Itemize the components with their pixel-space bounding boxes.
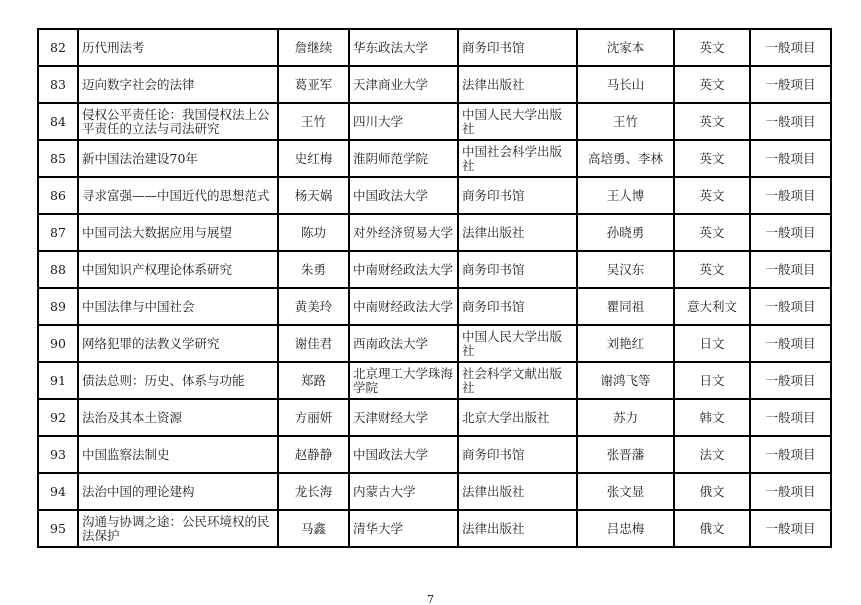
cell-title: 中国法律与中国社会 bbox=[78, 288, 278, 325]
cell-author: 赵静静 bbox=[278, 436, 349, 473]
cell-author: 史红梅 bbox=[278, 140, 349, 177]
cell-no: 92 bbox=[38, 399, 78, 436]
cell-publisher: 商务印书馆 bbox=[458, 288, 577, 325]
cell-author: 杨天娲 bbox=[278, 177, 349, 214]
cell-translator: 马长山 bbox=[577, 66, 674, 103]
cell-language: 日文 bbox=[674, 325, 750, 362]
cell-no: 84 bbox=[38, 103, 78, 140]
cell-publisher: 北京大学出版社 bbox=[458, 399, 577, 436]
cell-publisher: 法律出版社 bbox=[458, 214, 577, 251]
cell-affiliation: 内蒙古大学 bbox=[349, 473, 458, 510]
page-number: 7 bbox=[0, 594, 861, 605]
cell-title: 新中国法治建设70年 bbox=[78, 140, 278, 177]
cell-translator: 沈家本 bbox=[577, 29, 674, 66]
table-row: 85 新中国法治建设70年 史红梅 淮阴师范学院 中国社会科学出版社 高培勇、李… bbox=[38, 140, 831, 177]
cell-translator: 吕忠梅 bbox=[577, 510, 674, 547]
table-row: 82 历代刑法考 詹继续 华东政法大学 商务印书馆 沈家本 英文 一般项目 bbox=[38, 29, 831, 66]
cell-no: 83 bbox=[38, 66, 78, 103]
cell-no: 90 bbox=[38, 325, 78, 362]
cell-affiliation: 清华大学 bbox=[349, 510, 458, 547]
table-row: 86 寻求富强——中国近代的思想范式 杨天娲 中国政法大学 商务印书馆 王人博 … bbox=[38, 177, 831, 214]
cell-language: 英文 bbox=[674, 103, 750, 140]
cell-translator: 王竹 bbox=[577, 103, 674, 140]
cell-affiliation: 北京理工大学珠海学院 bbox=[349, 362, 458, 399]
cell-category: 一般项目 bbox=[750, 325, 831, 362]
cell-title: 迈向数字社会的法律 bbox=[78, 66, 278, 103]
cell-category: 一般项目 bbox=[750, 362, 831, 399]
table-row: 95 沟通与协调之途：公民环境权的民法保护 马鑫 清华大学 法律出版社 吕忠梅 … bbox=[38, 510, 831, 547]
cell-no: 86 bbox=[38, 177, 78, 214]
cell-publisher: 社会科学文献出版社 bbox=[458, 362, 577, 399]
cell-no: 91 bbox=[38, 362, 78, 399]
cell-publisher: 法律出版社 bbox=[458, 510, 577, 547]
cell-publisher: 商务印书馆 bbox=[458, 251, 577, 288]
document-page: 82 历代刑法考 詹继续 华东政法大学 商务印书馆 沈家本 英文 一般项目 83… bbox=[0, 0, 861, 605]
cell-translator: 吴汉东 bbox=[577, 251, 674, 288]
cell-category: 一般项目 bbox=[750, 510, 831, 547]
cell-translator: 苏力 bbox=[577, 399, 674, 436]
cell-no: 82 bbox=[38, 29, 78, 66]
cell-no: 94 bbox=[38, 473, 78, 510]
cell-no: 85 bbox=[38, 140, 78, 177]
cell-affiliation: 四川大学 bbox=[349, 103, 458, 140]
cell-affiliation: 西南政法大学 bbox=[349, 325, 458, 362]
cell-title: 债法总则：历史、体系与功能 bbox=[78, 362, 278, 399]
table-row: 91 债法总则：历史、体系与功能 郑路 北京理工大学珠海学院 社会科学文献出版社… bbox=[38, 362, 831, 399]
cell-category: 一般项目 bbox=[750, 288, 831, 325]
cell-language: 韩文 bbox=[674, 399, 750, 436]
cell-title: 中国监察法制史 bbox=[78, 436, 278, 473]
cell-affiliation: 中国政法大学 bbox=[349, 436, 458, 473]
cell-no: 95 bbox=[38, 510, 78, 547]
table-row: 92 法治及其本土资源 方丽妍 天津财经大学 北京大学出版社 苏力 韩文 一般项… bbox=[38, 399, 831, 436]
cell-title: 中国知识产权理论体系研究 bbox=[78, 251, 278, 288]
cell-category: 一般项目 bbox=[750, 436, 831, 473]
table-row: 93 中国监察法制史 赵静静 中国政法大学 商务印书馆 张晋藩 法文 一般项目 bbox=[38, 436, 831, 473]
cell-translator: 王人博 bbox=[577, 177, 674, 214]
cell-publisher: 商务印书馆 bbox=[458, 177, 577, 214]
cell-author: 王竹 bbox=[278, 103, 349, 140]
cell-title: 中国司法大数据应用与展望 bbox=[78, 214, 278, 251]
cell-affiliation: 中南财经政法大学 bbox=[349, 288, 458, 325]
cell-language: 英文 bbox=[674, 251, 750, 288]
cell-publisher: 中国人民大学出版社 bbox=[458, 103, 577, 140]
cell-publisher: 法律出版社 bbox=[458, 66, 577, 103]
cell-translator: 孙晓勇 bbox=[577, 214, 674, 251]
table-row: 89 中国法律与中国社会 黄美玲 中南财经政法大学 商务印书馆 瞿同祖 意大利文… bbox=[38, 288, 831, 325]
cell-category: 一般项目 bbox=[750, 473, 831, 510]
cell-author: 马鑫 bbox=[278, 510, 349, 547]
cell-affiliation: 中国政法大学 bbox=[349, 177, 458, 214]
cell-no: 88 bbox=[38, 251, 78, 288]
cell-translator: 谢鸿飞等 bbox=[577, 362, 674, 399]
cell-category: 一般项目 bbox=[750, 177, 831, 214]
cell-author: 龙长海 bbox=[278, 473, 349, 510]
cell-publisher: 法律出版社 bbox=[458, 473, 577, 510]
cell-language: 日文 bbox=[674, 362, 750, 399]
table-row: 83 迈向数字社会的法律 葛亚军 天津商业大学 法律出版社 马长山 英文 一般项… bbox=[38, 66, 831, 103]
cell-title: 历代刑法考 bbox=[78, 29, 278, 66]
cell-no: 87 bbox=[38, 214, 78, 251]
cell-no: 89 bbox=[38, 288, 78, 325]
table-row: 88 中国知识产权理论体系研究 朱勇 中南财经政法大学 商务印书馆 吴汉东 英文… bbox=[38, 251, 831, 288]
cell-publisher: 中国社会科学出版社 bbox=[458, 140, 577, 177]
cell-affiliation: 华东政法大学 bbox=[349, 29, 458, 66]
cell-translator: 刘艳红 bbox=[577, 325, 674, 362]
cell-category: 一般项目 bbox=[750, 140, 831, 177]
cell-title: 法治及其本土资源 bbox=[78, 399, 278, 436]
cell-author: 葛亚军 bbox=[278, 66, 349, 103]
cell-author: 陈功 bbox=[278, 214, 349, 251]
cell-author: 黄美玲 bbox=[278, 288, 349, 325]
cell-affiliation: 天津商业大学 bbox=[349, 66, 458, 103]
cell-language: 英文 bbox=[674, 214, 750, 251]
cell-language: 英文 bbox=[674, 29, 750, 66]
cell-translator: 张晋藩 bbox=[577, 436, 674, 473]
cell-language: 俄文 bbox=[674, 510, 750, 547]
cell-author: 谢佳君 bbox=[278, 325, 349, 362]
cell-category: 一般项目 bbox=[750, 103, 831, 140]
cell-translator: 张文显 bbox=[577, 473, 674, 510]
cell-language: 法文 bbox=[674, 436, 750, 473]
cell-language: 英文 bbox=[674, 140, 750, 177]
cell-language: 英文 bbox=[674, 177, 750, 214]
cell-affiliation: 淮阴师范学院 bbox=[349, 140, 458, 177]
cell-category: 一般项目 bbox=[750, 399, 831, 436]
cell-title: 沟通与协调之途：公民环境权的民法保护 bbox=[78, 510, 278, 547]
cell-publisher: 中国人民大学出版社 bbox=[458, 325, 577, 362]
cell-author: 詹继续 bbox=[278, 29, 349, 66]
cell-category: 一般项目 bbox=[750, 66, 831, 103]
cell-category: 一般项目 bbox=[750, 29, 831, 66]
cell-language: 英文 bbox=[674, 66, 750, 103]
cell-title: 寻求富强——中国近代的思想范式 bbox=[78, 177, 278, 214]
cell-category: 一般项目 bbox=[750, 214, 831, 251]
cell-publisher: 商务印书馆 bbox=[458, 29, 577, 66]
cell-language: 意大利文 bbox=[674, 288, 750, 325]
cell-affiliation: 天津财经大学 bbox=[349, 399, 458, 436]
cell-affiliation: 中南财经政法大学 bbox=[349, 251, 458, 288]
cell-translator: 高培勇、李林 bbox=[577, 140, 674, 177]
cell-title: 侵权公平责任论：我国侵权法上公平责任的立法与司法研究 bbox=[78, 103, 278, 140]
cell-publisher: 商务印书馆 bbox=[458, 436, 577, 473]
cell-title: 法治中国的理论建构 bbox=[78, 473, 278, 510]
cell-author: 朱勇 bbox=[278, 251, 349, 288]
table-row: 94 法治中国的理论建构 龙长海 内蒙古大学 法律出版社 张文显 俄文 一般项目 bbox=[38, 473, 831, 510]
cell-author: 方丽妍 bbox=[278, 399, 349, 436]
cell-category: 一般项目 bbox=[750, 251, 831, 288]
cell-language: 俄文 bbox=[674, 473, 750, 510]
project-table: 82 历代刑法考 詹继续 华东政法大学 商务印书馆 沈家本 英文 一般项目 83… bbox=[37, 28, 832, 548]
cell-author: 郑路 bbox=[278, 362, 349, 399]
table-row: 90 网络犯罪的法教义学研究 谢佳君 西南政法大学 中国人民大学出版社 刘艳红 … bbox=[38, 325, 831, 362]
cell-title: 网络犯罪的法教义学研究 bbox=[78, 325, 278, 362]
cell-affiliation: 对外经济贸易大学 bbox=[349, 214, 458, 251]
cell-translator: 瞿同祖 bbox=[577, 288, 674, 325]
table-row: 84 侵权公平责任论：我国侵权法上公平责任的立法与司法研究 王竹 四川大学 中国… bbox=[38, 103, 831, 140]
cell-no: 93 bbox=[38, 436, 78, 473]
table-row: 87 中国司法大数据应用与展望 陈功 对外经济贸易大学 法律出版社 孙晓勇 英文… bbox=[38, 214, 831, 251]
